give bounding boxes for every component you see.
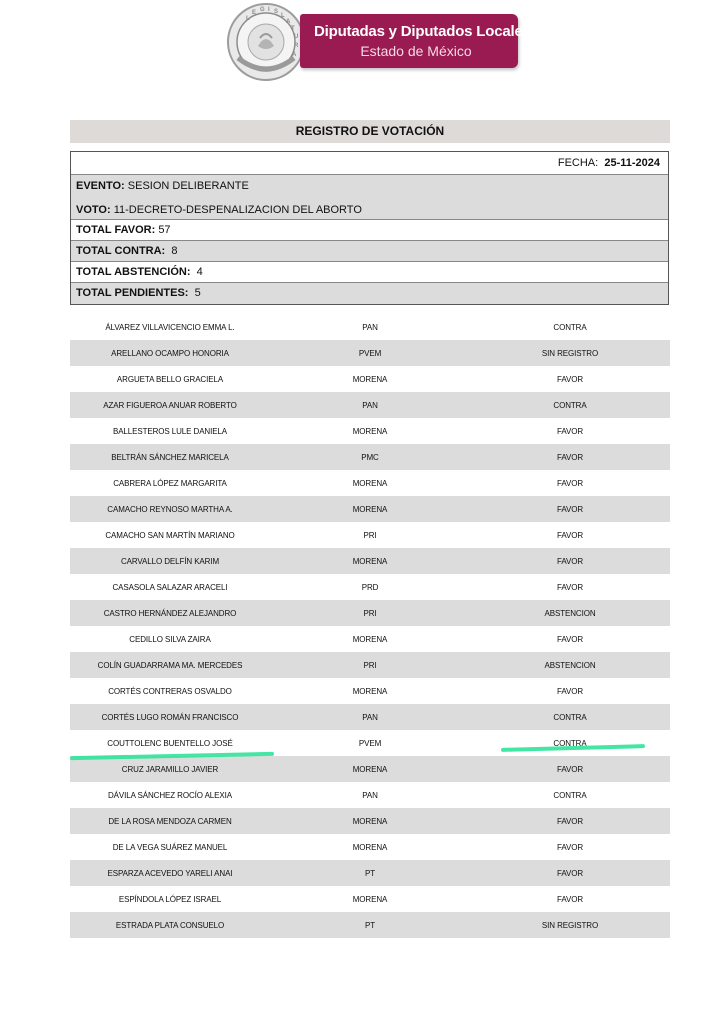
- vote-value: ABSTENCION: [470, 609, 670, 618]
- deputy-name: ESTRADA PLATA CONSUELO: [70, 921, 270, 930]
- table-row: DÁVILA SÁNCHEZ ROCÍO ALEXIAPANCONTRA: [70, 782, 670, 808]
- table-row: CRUZ JARAMILLO JAVIERMORENAFAVOR: [70, 756, 670, 782]
- deputy-name: CARVALLO DELFÍN KARIM: [70, 557, 270, 566]
- vote-value: FAVOR: [470, 375, 670, 384]
- table-row: COUTTOLENC BUENTELLO JOSÉPVEMCONTRA: [70, 730, 670, 756]
- table-row: DE LA ROSA MENDOZA CARMENMORENAFAVOR: [70, 808, 670, 834]
- party-name: PMC: [270, 453, 470, 462]
- deputy-name: CRUZ JARAMILLO JAVIER: [70, 765, 270, 774]
- svg-text:L: L: [246, 16, 250, 22]
- total-abstencion-label: TOTAL ABSTENCIÓN:: [76, 266, 190, 278]
- deputy-name: DÁVILA SÁNCHEZ ROCÍO ALEXIA: [70, 791, 270, 800]
- total-favor-label: TOTAL FAVOR:: [76, 224, 155, 236]
- table-row: DE LA VEGA SUÁREZ MANUELMORENAFAVOR: [70, 834, 670, 860]
- brand-banner: Diputadas y Diputados Locales Estado de …: [300, 14, 518, 68]
- party-name: PRD: [270, 583, 470, 592]
- vote-value: FAVOR: [470, 895, 670, 904]
- vote-value: CONTRA: [470, 791, 670, 800]
- table-row: CARVALLO DELFÍN KARIMMORENAFAVOR: [70, 548, 670, 574]
- deputy-name: BALLESTEROS LULE DANIELA: [70, 427, 270, 436]
- party-name: PAN: [270, 791, 470, 800]
- evento-value: SESION DELIBERANTE: [128, 180, 249, 192]
- deputy-name: CASASOLA SALAZAR ARACELI: [70, 583, 270, 592]
- legislatura-seal-icon: LEGI SLAT URA: [224, 2, 308, 82]
- deputy-name: CASTRO HERNÁNDEZ ALEJANDRO: [70, 609, 270, 618]
- banner-subtitle: Estado de México: [300, 43, 518, 59]
- deputy-name: CAMACHO REYNOSO MARTHA A.: [70, 505, 270, 514]
- table-row: AZAR FIGUEROA ANUAR ROBERTOPANCONTRA: [70, 392, 670, 418]
- table-row: CORTÉS CONTRERAS OSVALDOMORENAFAVOR: [70, 678, 670, 704]
- vote-list: ÁLVAREZ VILLAVICENCIO EMMA L.PANCONTRAAR…: [70, 314, 670, 938]
- deputy-name: BELTRÁN SÁNCHEZ MARICELA: [70, 453, 270, 462]
- table-row: ESPARZA ACEVEDO YARELI ANAIPTFAVOR: [70, 860, 670, 886]
- table-row: CASASOLA SALAZAR ARACELIPRDFAVOR: [70, 574, 670, 600]
- party-name: PVEM: [270, 349, 470, 358]
- deputy-name: ARGUETA BELLO GRACIELA: [70, 375, 270, 384]
- table-row: ÁLVAREZ VILLAVICENCIO EMMA L.PANCONTRA: [70, 314, 670, 340]
- party-name: PAN: [270, 401, 470, 410]
- deputy-name: CEDILLO SILVA ZAIRA: [70, 635, 270, 644]
- vote-value: FAVOR: [470, 427, 670, 436]
- svg-text:R: R: [294, 43, 299, 49]
- table-row: CAMACHO SAN MARTÍN MARIANOPRIFAVOR: [70, 522, 670, 548]
- party-name: MORENA: [270, 505, 470, 514]
- fecha-row: FECHA: 25-11-2024: [71, 152, 668, 175]
- deputy-name: ESPARZA ACEVEDO YARELI ANAI: [70, 869, 270, 878]
- svg-text:E: E: [252, 10, 256, 16]
- total-abstencion-value: 4: [197, 266, 203, 278]
- deputy-name: COUTTOLENC BUENTELLO JOSÉ: [70, 739, 270, 748]
- svg-text:A: A: [286, 19, 291, 25]
- deputy-name: CORTÉS LUGO ROMÁN FRANCISCO: [70, 713, 270, 722]
- evento-voto-row: EVENTO: SESION DELIBERANTE VOTO: 11-DECR…: [71, 175, 668, 220]
- vote-value: CONTRA: [470, 713, 670, 722]
- vote-value: FAVOR: [470, 453, 670, 462]
- table-row: CASTRO HERNÁNDEZ ALEJANDROPRIABSTENCION: [70, 600, 670, 626]
- total-abstencion-row: TOTAL ABSTENCIÓN: 4: [71, 262, 668, 283]
- total-favor-row: TOTAL FAVOR: 57: [71, 220, 668, 241]
- party-name: PRI: [270, 609, 470, 618]
- party-name: MORENA: [270, 375, 470, 384]
- svg-text:G: G: [260, 7, 265, 13]
- fecha-label: FECHA:: [558, 157, 598, 169]
- vote-value: FAVOR: [470, 505, 670, 514]
- party-name: MORENA: [270, 427, 470, 436]
- table-row: CORTÉS LUGO ROMÁN FRANCISCOPANCONTRA: [70, 704, 670, 730]
- party-name: PRI: [270, 531, 470, 540]
- party-name: PAN: [270, 323, 470, 332]
- vote-value: FAVOR: [470, 531, 670, 540]
- table-row: ARELLANO OCAMPO HONORIAPVEMSIN REGISTRO: [70, 340, 670, 366]
- table-row: CEDILLO SILVA ZAIRAMORENAFAVOR: [70, 626, 670, 652]
- fecha-value: 25-11-2024: [604, 157, 660, 169]
- deputy-name: ARELLANO OCAMPO HONORIA: [70, 349, 270, 358]
- deputy-name: CAMACHO SAN MARTÍN MARIANO: [70, 531, 270, 540]
- party-name: MORENA: [270, 765, 470, 774]
- vote-value: FAVOR: [470, 765, 670, 774]
- total-pendientes-row: TOTAL PENDIENTES: 5: [71, 283, 668, 304]
- deputy-name: CABRERA LÓPEZ MARGARITA: [70, 479, 270, 488]
- vote-summary-table: FECHA: 25-11-2024 EVENTO: SESION DELIBER…: [70, 151, 669, 305]
- vote-value: SIN REGISTRO: [470, 349, 670, 358]
- party-name: PVEM: [270, 739, 470, 748]
- party-name: PAN: [270, 713, 470, 722]
- svg-text:L: L: [281, 13, 285, 19]
- header-logo: LEGI SLAT URA Diputadas y Diputados Loca…: [224, 0, 520, 84]
- svg-text:S: S: [274, 9, 278, 15]
- banner-title: Diputadas y Diputados Locales: [314, 23, 531, 40]
- table-row: ESPÍNDOLA LÓPEZ ISRAELMORENAFAVOR: [70, 886, 670, 912]
- table-row: CABRERA LÓPEZ MARGARITAMORENAFAVOR: [70, 470, 670, 496]
- table-row: ARGUETA BELLO GRACIELAMORENAFAVOR: [70, 366, 670, 392]
- vote-value: FAVOR: [470, 869, 670, 878]
- party-name: PT: [270, 921, 470, 930]
- party-name: MORENA: [270, 817, 470, 826]
- svg-text:T: T: [291, 26, 295, 32]
- party-name: MORENA: [270, 843, 470, 852]
- vote-value: FAVOR: [470, 557, 670, 566]
- party-name: MORENA: [270, 479, 470, 488]
- table-row: BALLESTEROS LULE DANIELAMORENAFAVOR: [70, 418, 670, 444]
- party-name: MORENA: [270, 687, 470, 696]
- table-row: ESTRADA PLATA CONSUELOPTSIN REGISTRO: [70, 912, 670, 938]
- table-row: COLÍN GUADARRAMA MA. MERCEDESPRIABSTENCI…: [70, 652, 670, 678]
- total-contra-value: 8: [171, 245, 177, 257]
- vote-value: FAVOR: [470, 843, 670, 852]
- deputy-name: COLÍN GUADARRAMA MA. MERCEDES: [70, 661, 270, 670]
- deputy-name: ÁLVAREZ VILLAVICENCIO EMMA L.: [70, 323, 270, 332]
- party-name: PRI: [270, 661, 470, 670]
- party-name: MORENA: [270, 635, 470, 644]
- vote-value: CONTRA: [470, 323, 670, 332]
- vote-value: FAVOR: [470, 635, 670, 644]
- deputy-name: DE LA VEGA SUÁREZ MANUEL: [70, 843, 270, 852]
- total-pendientes-label: TOTAL PENDIENTES:: [76, 287, 188, 299]
- total-favor-value: 57: [158, 224, 170, 236]
- vote-value: FAVOR: [470, 687, 670, 696]
- deputy-name: DE LA ROSA MENDOZA CARMEN: [70, 817, 270, 826]
- total-pendientes-value: 5: [195, 287, 201, 299]
- table-row: BELTRÁN SÁNCHEZ MARICELAPMCFAVOR: [70, 444, 670, 470]
- evento-label: EVENTO:: [76, 180, 125, 192]
- total-contra-label: TOTAL CONTRA:: [76, 245, 165, 257]
- vote-value: CONTRA: [470, 401, 670, 410]
- party-name: MORENA: [270, 895, 470, 904]
- vote-value: FAVOR: [470, 479, 670, 488]
- evento-field: EVENTO: SESION DELIBERANTE: [76, 180, 249, 192]
- svg-text:U: U: [294, 34, 298, 40]
- party-name: MORENA: [270, 557, 470, 566]
- vote-value: ABSTENCION: [470, 661, 670, 670]
- table-row: CAMACHO REYNOSO MARTHA A.MORENAFAVOR: [70, 496, 670, 522]
- voto-label: VOTO:: [76, 204, 111, 216]
- vote-value: FAVOR: [470, 583, 670, 592]
- vote-value: FAVOR: [470, 817, 670, 826]
- vote-value: SIN REGISTRO: [470, 921, 670, 930]
- total-contra-row: TOTAL CONTRA: 8: [71, 241, 668, 262]
- voto-field: VOTO: 11-DECRETO-DESPENALIZACION DEL ABO…: [76, 204, 362, 216]
- page-title: REGISTRO DE VOTACIÓN: [70, 120, 670, 143]
- deputy-name: CORTÉS CONTRERAS OSVALDO: [70, 687, 270, 696]
- voto-value: 11-DECRETO-DESPENALIZACION DEL ABORTO: [114, 204, 362, 216]
- party-name: PT: [270, 869, 470, 878]
- deputy-name: AZAR FIGUEROA ANUAR ROBERTO: [70, 401, 270, 410]
- deputy-name: ESPÍNDOLA LÓPEZ ISRAEL: [70, 895, 270, 904]
